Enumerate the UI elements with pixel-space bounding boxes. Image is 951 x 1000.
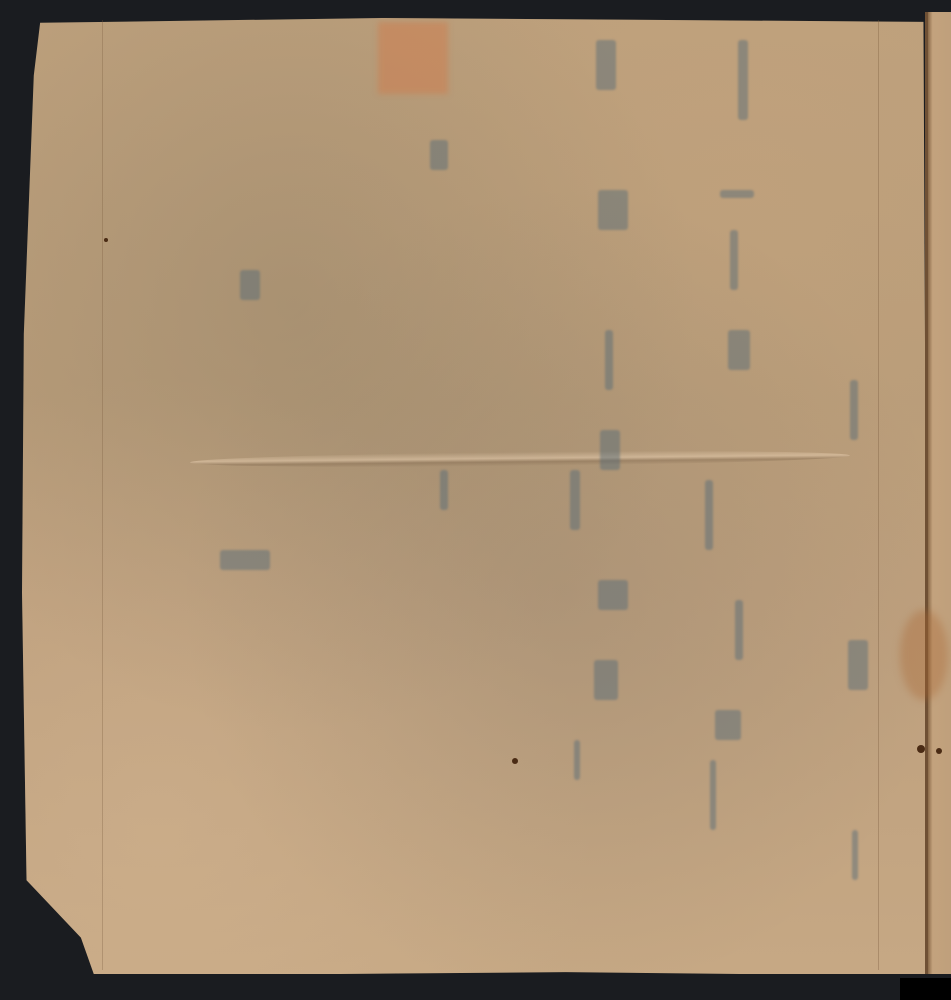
scan-bottom-border bbox=[0, 974, 951, 1000]
left-margin-crease bbox=[102, 20, 103, 970]
right-margin-crease bbox=[878, 20, 879, 970]
spot bbox=[917, 745, 925, 753]
spot bbox=[512, 758, 518, 764]
spot bbox=[104, 238, 108, 242]
scan-corner bbox=[900, 978, 951, 1000]
adjacent-page-edge bbox=[928, 12, 951, 977]
red-stain bbox=[378, 22, 448, 94]
paper-page bbox=[22, 18, 928, 976]
brown-stain bbox=[900, 610, 948, 700]
gutter-fold bbox=[925, 12, 928, 977]
spot bbox=[936, 748, 942, 754]
